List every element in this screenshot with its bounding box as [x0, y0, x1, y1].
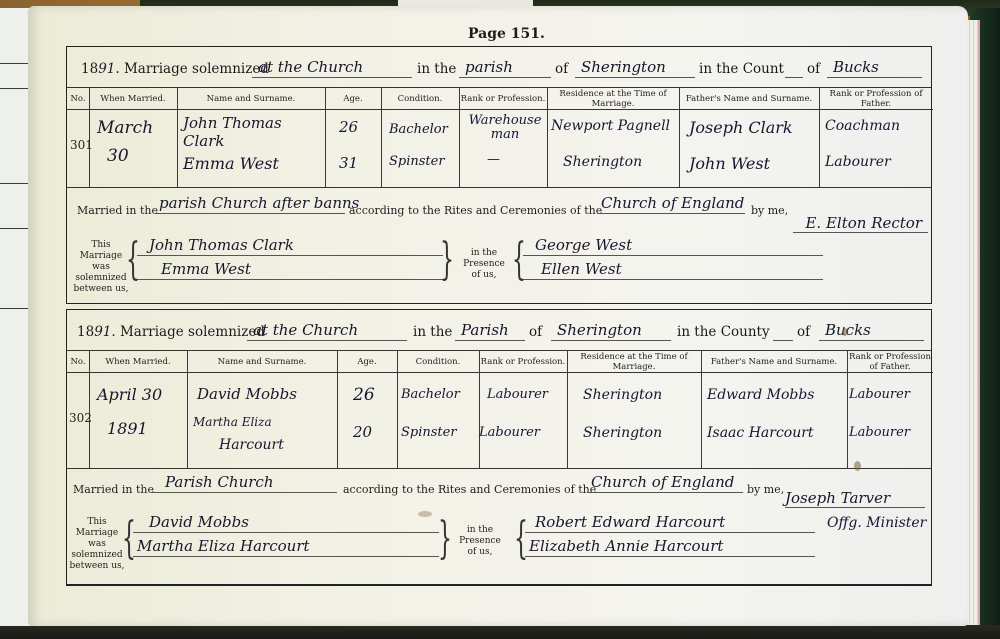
married-in-label: Married in the	[73, 483, 154, 496]
witness-2-signature: Ellen West	[523, 258, 823, 280]
parish-name: Sherington	[551, 319, 671, 341]
col-header-rank: Rank or Profession.	[479, 351, 567, 373]
groom-father-name: Edward Mobbs	[707, 387, 815, 403]
col-header-residence: Residence at the Time of Marriage.	[547, 88, 679, 110]
groom-signature: David Mobbs	[133, 511, 439, 533]
solemnized-at: at the Church	[247, 319, 407, 341]
groom-condition: Bachelor	[401, 387, 460, 402]
solemnized-label: . Marriage solemnized	[111, 324, 265, 340]
solemnized-label: . Marriage solemnized	[115, 61, 269, 77]
witness-1-signature: George West	[523, 234, 823, 256]
when-married-month: March	[97, 118, 153, 138]
groom-residence: Sherington	[583, 387, 662, 403]
col-header-age: Age.	[337, 351, 397, 373]
groom-condition: Bachelor	[389, 122, 448, 137]
entry-table: No. When Married. Name and Surname. Age.…	[67, 87, 931, 187]
county-of-label: of	[797, 324, 810, 340]
presence-label: in the Presence of us,	[459, 248, 509, 281]
book-bottom-edge	[0, 625, 1000, 639]
bride-father-name: John West	[689, 154, 770, 173]
in-the-label: in the	[413, 324, 452, 340]
bride-father-rank: Labourer	[825, 154, 891, 170]
rites-label: according to the Rites and Ceremonies of…	[349, 204, 602, 217]
of-label: of	[529, 324, 542, 340]
ink-spot	[854, 461, 861, 471]
col-header-no: No.	[67, 351, 89, 373]
by-me-label: by me,	[751, 204, 788, 217]
bride-signature: Martha Eliza Harcourt	[133, 535, 439, 557]
parish-name: Sherington	[575, 56, 695, 78]
presence-label: in the Presence of us,	[455, 525, 505, 558]
entry-table: No. When Married. Name and Surname. Age.…	[67, 350, 931, 468]
married-in-label: Married in the	[77, 204, 158, 217]
in-the-label: in the	[417, 61, 456, 77]
rites-value: Church of England	[597, 192, 745, 214]
groom-father-name: Joseph Clark	[689, 118, 793, 137]
rites-label: according to the Rites and Ceremonies of…	[343, 483, 596, 496]
married-in-place: parish Church after banns	[155, 192, 345, 214]
officiant-title: Offg. Minister	[827, 515, 926, 531]
register-page: Page 151. 1891. Marriage solemnized at t…	[28, 6, 968, 626]
between-us-label: This Marriage was solemnized between us,	[73, 240, 129, 295]
col-header-age: Age.	[325, 88, 381, 110]
page-number: Page 151.	[468, 26, 545, 42]
bride-residence: Sherington	[563, 154, 642, 170]
bride-signature: Emma West	[137, 258, 443, 280]
groom-residence: Newport Pagnell	[551, 118, 670, 134]
county-label: in the County	[677, 324, 770, 340]
year-suffix: 91	[94, 324, 111, 340]
groom-age: 26	[339, 118, 358, 136]
district-type: parish	[459, 56, 551, 78]
groom-rank: Labourer	[487, 387, 548, 402]
bride-residence: Sherington	[583, 425, 662, 441]
bride-age: 20	[353, 423, 372, 441]
col-header-condition: Condition.	[381, 88, 459, 110]
groom-signature: John Thomas Clark	[137, 234, 443, 256]
rites-value: Church of England	[587, 471, 743, 493]
bride-condition: Spinster	[389, 154, 445, 169]
col-header-father-rank: Rank or Profession of Father.	[847, 351, 933, 373]
officiant-signature: E. Elton Rector	[793, 214, 928, 233]
ceremony-section: Married in the parish Church after banns…	[67, 187, 931, 305]
groom-name: David Mobbs	[197, 385, 297, 403]
bride-rank: —	[487, 152, 500, 167]
groom-age: 26	[353, 385, 375, 405]
bride-father-name: Isaac Harcourt	[707, 425, 814, 441]
marriage-entry-301: 1891. Marriage solemnized at the Church …	[66, 46, 932, 304]
col-header-father-name: Father's Name and Surname.	[701, 351, 847, 373]
col-header-condition: Condition.	[397, 351, 479, 373]
col-header-when: When Married.	[89, 351, 187, 373]
by-me-label: by me,	[747, 483, 784, 496]
county-name: Bucks	[827, 56, 922, 78]
county-label: in the Count	[699, 61, 784, 77]
year-prefix: 18	[81, 61, 98, 77]
bride-condition: Spinster	[401, 425, 457, 440]
groom-rank: Warehouse man	[465, 114, 545, 142]
entry-heading: 1891. Marriage solemnized at the Church …	[67, 47, 931, 87]
ink-spot	[418, 511, 432, 517]
officiant-signature: Joseph Tarver	[785, 489, 925, 508]
bride-name-line-2: Harcourt	[219, 437, 284, 453]
district-type: Parish	[455, 319, 525, 341]
bride-age: 31	[339, 154, 358, 172]
entry-heading: 1891. Marriage solemnized at the Church …	[67, 310, 931, 350]
when-married-year: 1891	[107, 419, 148, 438]
col-header-rank: Rank or Profession.	[459, 88, 547, 110]
year-suffix: 91	[98, 61, 115, 77]
of-label: of	[555, 61, 568, 77]
groom-name: John Thomas Clark	[183, 114, 323, 150]
col-header-name: Name and Surname.	[177, 88, 325, 110]
ceremony-section: Married in the Parish Church according t…	[67, 468, 931, 586]
county-of-label: of	[807, 61, 820, 77]
col-header-father-name: Father's Name and Surname.	[679, 88, 819, 110]
when-married-day: 30	[107, 146, 129, 166]
county-name: Bucks	[819, 319, 924, 341]
col-header-no: No.	[67, 88, 89, 110]
entry-number: 301	[70, 138, 93, 152]
ink-spot	[842, 328, 848, 336]
bride-name: Emma West	[183, 154, 279, 173]
col-header-residence: Residence at the Time of Marriage.	[567, 351, 701, 373]
witness-1-signature: Robert Edward Harcourt	[525, 511, 815, 533]
bride-father-rank: Labourer	[849, 425, 910, 440]
col-header-when: When Married.	[89, 88, 177, 110]
married-in-place: Parish Church	[151, 471, 337, 493]
entry-number: 302	[69, 411, 92, 425]
bride-name-line-1: Martha Eliza	[193, 415, 272, 429]
col-header-name: Name and Surname.	[187, 351, 337, 373]
between-us-label: This Marriage was solemnized between us,	[69, 517, 125, 572]
solemnized-at: at the Church	[252, 56, 412, 78]
year-prefix: 18	[77, 324, 94, 340]
groom-father-rank: Labourer	[849, 387, 910, 402]
witness-2-signature: Elizabeth Annie Harcourt	[525, 535, 815, 557]
marriage-entry-302: 1891. Marriage solemnized at the Church …	[66, 309, 932, 586]
bride-rank: Labourer	[479, 425, 540, 440]
when-married-date: April 30	[97, 385, 162, 404]
groom-father-rank: Coachman	[825, 118, 900, 134]
col-header-father-rank: Rank or Profession of Father.	[819, 88, 933, 110]
